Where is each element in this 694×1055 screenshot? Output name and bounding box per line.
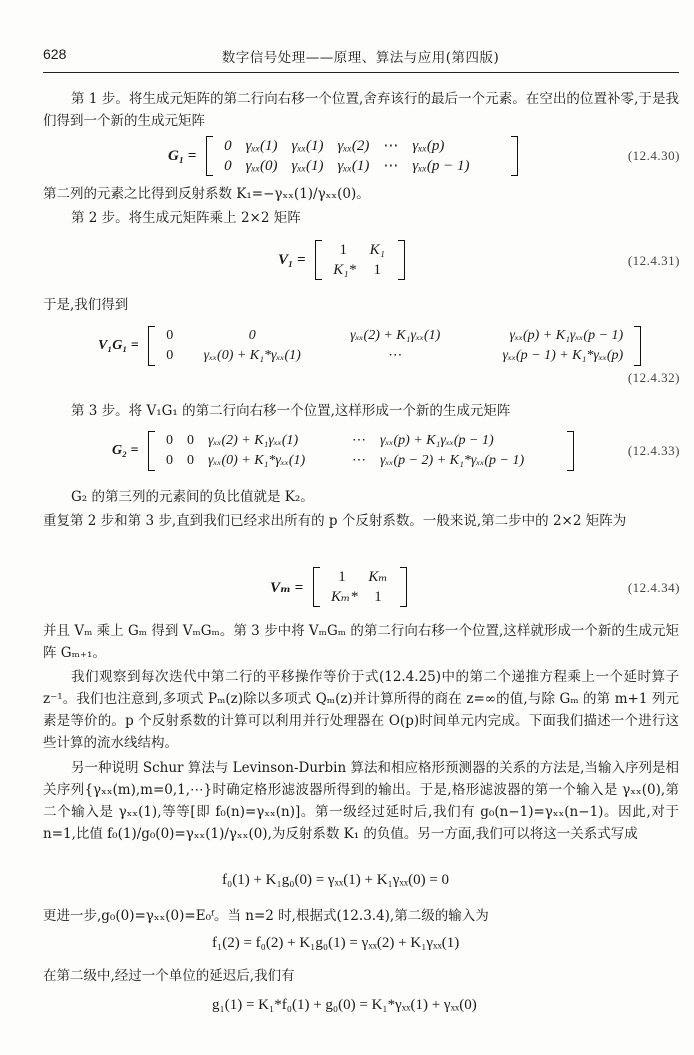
equation-g1: g₁(1) = K₁*f₀(1) + g₀(0) = K₁*γₓₓ(1) + γ… — [212, 997, 477, 1014]
paragraph-second-stage: 在第二级中,经过一个单位的延迟后,我们有 — [43, 965, 679, 987]
matrix-cell: γₓₓ(1) — [285, 136, 331, 156]
left-bracket — [313, 567, 320, 607]
paragraph-g2-note: G₂ 的第三列的元素间的负比值就是 K₂。 — [71, 486, 679, 508]
equation-12-4-33: G₂ = 0 0 γₓₓ(2) + K₁γₓₓ(1) ⋯ γₓₓ(p) + K₁… — [112, 431, 574, 471]
matrix-row-2: Kₘ* 1 — [324, 587, 396, 607]
equation-12-4-32: V₁G₁ = 0 0 γₓₓ(2) + K₁γₓₓ(1) γₓₓ(p) + K₁… — [98, 326, 641, 366]
matrix-row-1: 1 Kₘ — [324, 567, 396, 587]
matrix-cell: 1 — [360, 260, 394, 280]
paragraph-step3: 第 3 步。将 V₁G₁ 的第二行向右移一个位置,这样形成一个新的生成元矩阵 — [43, 400, 679, 422]
matrix-cell: γₓₓ(1) — [285, 156, 331, 176]
equation-f0: f₀(1) + K₁g₀(0) = γₓₓ(1) + K₁γₓₓ(0) = 0 — [222, 872, 449, 889]
right-bracket — [634, 326, 641, 366]
matrix-cell: γₓₓ(0) + K₁*γₓₓ(1) — [180, 346, 324, 366]
matrix-cell: 0 — [217, 136, 239, 156]
matrix-cell: 0 — [159, 326, 180, 346]
right-bracket — [400, 567, 407, 607]
matrix-row-1: 0 γₓₓ(1) γₓₓ(1) γₓₓ(2) ⋯ γₓₓ(p) — [217, 136, 507, 156]
running-title: 数字信号处理——原理、算法与应用(第四版) — [43, 46, 678, 66]
matrix-cell: Kₘ* — [324, 587, 360, 607]
paragraph-schur: 另一种说明 Schur 算法与 Levinson-Durbin 算法和相应格形预… — [43, 757, 679, 845]
matrix-cell: γₓₓ(0) + K₁*γₓₓ(1) — [201, 451, 345, 471]
matrix-cell: ⋯ — [345, 451, 373, 471]
matrix-cell: γₓₓ(1) — [239, 136, 285, 156]
paragraph-ratio-k1: 第二列的元素之比得到反射系数 K₁=−γₓₓ(1)/γₓₓ(0)。 — [43, 183, 679, 205]
matrix-cell: ⋯ — [324, 346, 466, 366]
header-rule — [43, 72, 679, 73]
matrix-row-1: 0 0 γₓₓ(2) + K₁γₓₓ(1) γₓₓ(p) + K₁γₓₓ(p −… — [159, 326, 630, 346]
matrix-cell: γₓₓ(p) + K₁γₓₓ(p − 1) — [373, 431, 563, 451]
matrix-row-1: 0 0 γₓₓ(2) + K₁γₓₓ(1) ⋯ γₓₓ(p) + K₁γₓₓ(p… — [159, 431, 563, 451]
equation-lhs: G₁ = — [168, 148, 196, 165]
matrix-cell: ⋯ — [376, 156, 405, 176]
matrix-cell: γₓₓ(2) — [330, 136, 376, 156]
paragraph-observe: 我们观察到每次迭代中第二行的平移操作等价于式(12.4.25)中的第二个递推方程… — [43, 666, 679, 754]
equation-number: (12.4.32) — [628, 370, 680, 386]
matrix-g1: 0 γₓₓ(1) γₓₓ(1) γₓₓ(2) ⋯ γₓₓ(p) 0 γₓₓ(0)… — [206, 136, 518, 176]
matrix-cell: 1 — [324, 567, 360, 587]
equation-12-4-30: G₁ = 0 γₓₓ(1) γₓₓ(1) γₓₓ(2) ⋯ γₓₓ(p) 0 γ… — [168, 136, 518, 176]
matrix-cell: K₁* — [326, 260, 360, 280]
matrix-row-2: K₁* 1 — [326, 260, 394, 280]
equation-f1: f₁(2) = f₀(2) + K₁g₀(1) = γₓₓ(2) + K₁γₓₓ… — [212, 935, 459, 952]
matrix-cell: γₓₓ(p) + K₁γₓₓ(p − 1) — [466, 326, 630, 346]
matrix-cell: ⋯ — [345, 431, 373, 451]
matrix-row-2: 0 0 γₓₓ(0) + K₁*γₓₓ(1) ⋯ γₓₓ(p − 2) + K₁… — [159, 451, 563, 471]
equation-number: (12.4.31) — [628, 253, 680, 269]
paragraph-step1: 第 1 步。将生成元矩阵的第二行向右移一个位置,舍弃该行的最后一个元素。在空出的… — [43, 88, 679, 132]
matrix-cell: γₓₓ(p − 2) + K₁*γₓₓ(p − 1) — [373, 451, 563, 471]
matrix-cell: 0 — [159, 451, 180, 471]
equation-lhs: Vₘ = — [270, 578, 303, 597]
equation-number: (12.4.34) — [628, 580, 680, 596]
matrix-v1: 1 K₁ K₁* 1 — [315, 240, 405, 280]
matrix-cell: 0 — [180, 326, 324, 346]
matrix-cell: γₓₓ(2) + K₁γₓₓ(1) — [201, 431, 345, 451]
matrix-cell: γₓₓ(p − 1) + K₁*γₓₓ(p) — [466, 346, 630, 366]
equation-12-4-31: V₁ = 1 K₁ K₁* 1 — [278, 240, 405, 280]
equation-lhs: V₁G₁ = — [98, 338, 139, 354]
matrix-cell: 0 — [159, 431, 180, 451]
matrix-cell: 0 — [159, 346, 180, 366]
matrix-cell: γₓₓ(0) — [239, 156, 285, 176]
equation-lhs: V₁ = — [278, 252, 306, 269]
left-bracket — [206, 136, 213, 176]
matrix-cell: γₓₓ(2) + K₁γₓₓ(1) — [324, 326, 466, 346]
matrix-row-1: 1 K₁ — [326, 240, 394, 260]
left-bracket — [148, 431, 155, 471]
left-bracket — [148, 326, 155, 366]
paragraph-repeat: 重复第 2 步和第 3 步,直到我们已经求出所有的 p 个反射系数。一般来说,第… — [43, 510, 679, 532]
right-bracket — [567, 431, 574, 471]
matrix-vm: 1 Kₘ Kₘ* 1 — [313, 567, 407, 607]
matrix-v1g1: 0 0 γₓₓ(2) + K₁γₓₓ(1) γₓₓ(p) + K₁γₓₓ(p −… — [148, 326, 641, 366]
matrix-cell: ⋯ — [376, 136, 405, 156]
matrix-cell: 1 — [360, 587, 396, 607]
equation-lhs: G₂ = — [112, 443, 138, 459]
paragraph-then-we-get: 于是,我们得到 — [43, 294, 679, 316]
page-header: 628 数字信号处理——原理、算法与应用(第四版) — [43, 46, 678, 70]
right-bracket — [511, 136, 518, 176]
paragraph-vm-mult: 并且 Vₘ 乘上 Gₘ 得到 VₘGₘ。第 3 步中将 VₘGₘ 的第二行向右移… — [43, 620, 679, 664]
matrix-row-2: 0 γₓₓ(0) γₓₓ(1) γₓₓ(1) ⋯ γₓₓ(p − 1) — [217, 156, 507, 176]
matrix-cell: Kₘ — [360, 567, 396, 587]
paragraph-further: 更进一步,g₀(0)=γₓₓ(0)=E₀ᶠ。当 n=2 时,根据式(12.3.4… — [43, 905, 679, 927]
matrix-cell: 1 — [326, 240, 360, 260]
book-page: 628 数字信号处理——原理、算法与应用(第四版) 第 1 步。将生成元矩阵的第… — [0, 0, 694, 1055]
matrix-row-2: 0 γₓₓ(0) + K₁*γₓₓ(1) ⋯ γₓₓ(p − 1) + K₁*γ… — [159, 346, 630, 366]
equation-number: (12.4.30) — [628, 148, 680, 164]
matrix-cell: K₁ — [360, 240, 394, 260]
matrix-cell: γₓₓ(p) — [405, 136, 507, 156]
equation-number: (12.4.33) — [628, 443, 680, 459]
matrix-cell: γₓₓ(1) — [330, 156, 376, 176]
matrix-cell: γₓₓ(p − 1) — [405, 156, 507, 176]
matrix-cell: 0 — [217, 156, 239, 176]
equation-12-4-34: Vₘ = 1 Kₘ Kₘ* 1 — [270, 567, 407, 607]
matrix-cell: 0 — [180, 451, 201, 471]
matrix-cell: 0 — [180, 431, 201, 451]
left-bracket — [315, 240, 322, 280]
matrix-g2: 0 0 γₓₓ(2) + K₁γₓₓ(1) ⋯ γₓₓ(p) + K₁γₓₓ(p… — [148, 431, 574, 471]
right-bracket — [398, 240, 405, 280]
paragraph-step2: 第 2 步。将生成元矩阵乘上 2×2 矩阵 — [43, 207, 679, 229]
